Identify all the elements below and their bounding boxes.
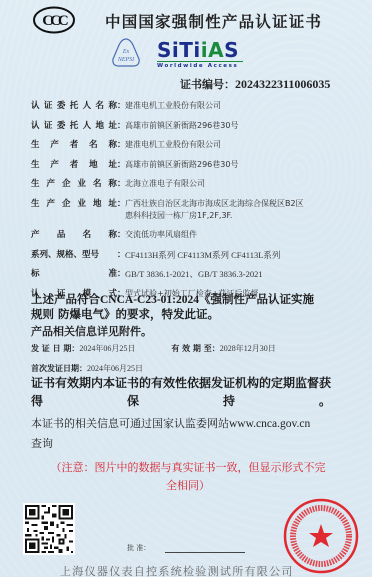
- field-applicant-address: 认证委托人地址 ： 高雄市前镇区新衙路296巷30号: [31, 120, 351, 132]
- field-value: 北海立准电子有限公司: [125, 178, 205, 190]
- validity-statement: 证书有效期内本证书的有效性依据发证机构的定期监督获 得保持。: [31, 374, 336, 410]
- issue-date-label: 发 证 日 期：: [31, 343, 79, 355]
- field-label: 系列、规格、型号: [31, 249, 117, 261]
- disclaimer-note: （注意：图片中的数据与真实证书一致，但显示形式不完 全相同）: [38, 459, 338, 495]
- svg-text:CCC: CCC: [42, 13, 68, 29]
- field-label: 产品名称: [31, 229, 117, 241]
- field-applicant-name: 认证委托人名称 ： 建准电机工业股份有限公司: [31, 100, 351, 112]
- cert-no-label: 证书编号：: [180, 78, 235, 91]
- field-value: 高雄市前镇区新衙路296巷30号: [125, 159, 238, 171]
- qr-code-icon[interactable]: [23, 503, 75, 555]
- cert-no-value: 2024322311006035: [235, 77, 330, 91]
- certificate-fields: 认证委托人名称 ： 建准电机工业股份有限公司 认证委托人地址 ： 高雄市前镇区新…: [31, 100, 351, 307]
- field-standard: 标准 ： GB/T 3836.1-2021、GB/T 3836.3-2021: [31, 268, 351, 280]
- svg-text:NEPSI: NEPSI: [117, 57, 135, 63]
- query-info: 本证书的相关信息可通过国家认监委网站www.cnca.gov.cn 查询: [31, 414, 336, 453]
- field-factory-address: 生产企业地址 ： 广西壮族自治区北海市海成区北海综合保税区B2区 惠科科技园一栋…: [31, 198, 351, 222]
- sitiias-logo: SiTiiAS Worldwide Access: [157, 40, 243, 69]
- field-value: 建准电机工业股份有限公司: [125, 139, 221, 151]
- field-label: 生产企业名称: [31, 178, 117, 190]
- field-label: 认证委托人地址: [31, 120, 117, 132]
- field-value: CF4113H系列 CF4113M系列 CF4113L系列: [125, 249, 280, 261]
- field-value: 广西壮族自治区北海市海成区北海综合保税区B2区 惠科科技园一栋厂房1F,2F,3…: [125, 198, 304, 222]
- field-model: 系列、规格、型号 ： CF4113H系列 CF4113M系列 CF4113L系列: [31, 249, 351, 261]
- certificate-number: 证书编号：2024322311006035: [180, 76, 330, 92]
- field-label: 生产者名称: [31, 139, 117, 151]
- expiry-date-value: 2028年12月30日: [220, 343, 276, 355]
- field-manufacturer-name: 生产者名称 ： 建准电机工业股份有限公司: [31, 139, 351, 151]
- field-value: 交流低功率风扇组件: [125, 229, 197, 241]
- certificate: CCC 中国国家强制性产品认证证书 Ex NEPSI SiTiiAS World…: [0, 0, 372, 577]
- certificate-title: 中国国家强制性产品认证证书: [105, 10, 322, 32]
- nepsi-logo-icon: Ex NEPSI: [111, 37, 141, 69]
- expiry-date-label: 有 效 期 至：: [171, 343, 219, 355]
- issue-date-value: 2024年06月25日: [79, 343, 167, 355]
- signature-line: [165, 552, 245, 553]
- attachment-note: 产品相关信息详见附件。: [31, 323, 152, 339]
- field-label: 标准: [31, 268, 117, 280]
- sitiias-green-text: iA: [201, 38, 224, 62]
- sitiias-blue-end: S: [224, 38, 239, 62]
- field-label: 生产企业地址: [31, 198, 117, 222]
- ccc-logo-icon: CCC: [32, 6, 76, 34]
- issuing-organization: 上海仪器仪表自控系统检验测试所有限公司: [60, 563, 294, 577]
- sitiias-tagline: Worldwide Access: [157, 61, 243, 69]
- svg-text:Ex: Ex: [122, 49, 130, 55]
- field-factory-name: 生产企业名称 ： 北海立准电子有限公司: [31, 178, 351, 190]
- cnca-website-link[interactable]: www.cnca.gov.cn: [229, 418, 310, 430]
- sitiias-blue-text: SiTi: [157, 38, 201, 62]
- field-product-name: 产品名称 ： 交流低功率风扇组件: [31, 229, 351, 241]
- field-value: GB/T 3836.1-2021、GB/T 3836.3-2021: [125, 268, 263, 280]
- conformity-statement: 上述产品符合CNCA-C23-01:2024《强制性产品认证实施 规则 防爆电气…: [31, 292, 341, 321]
- field-manufacturer-address: 生产者地址 ： 高雄市前镇区新衙路296巷30号: [31, 159, 351, 171]
- field-value: 建准电机工业股份有限公司: [125, 100, 221, 112]
- field-label: 认证委托人名称: [31, 100, 117, 112]
- field-label: 生产者地址: [31, 159, 117, 171]
- field-value: 高雄市前镇区新衙路296巷30号: [125, 120, 238, 132]
- approve-label: 批 准：: [127, 543, 150, 553]
